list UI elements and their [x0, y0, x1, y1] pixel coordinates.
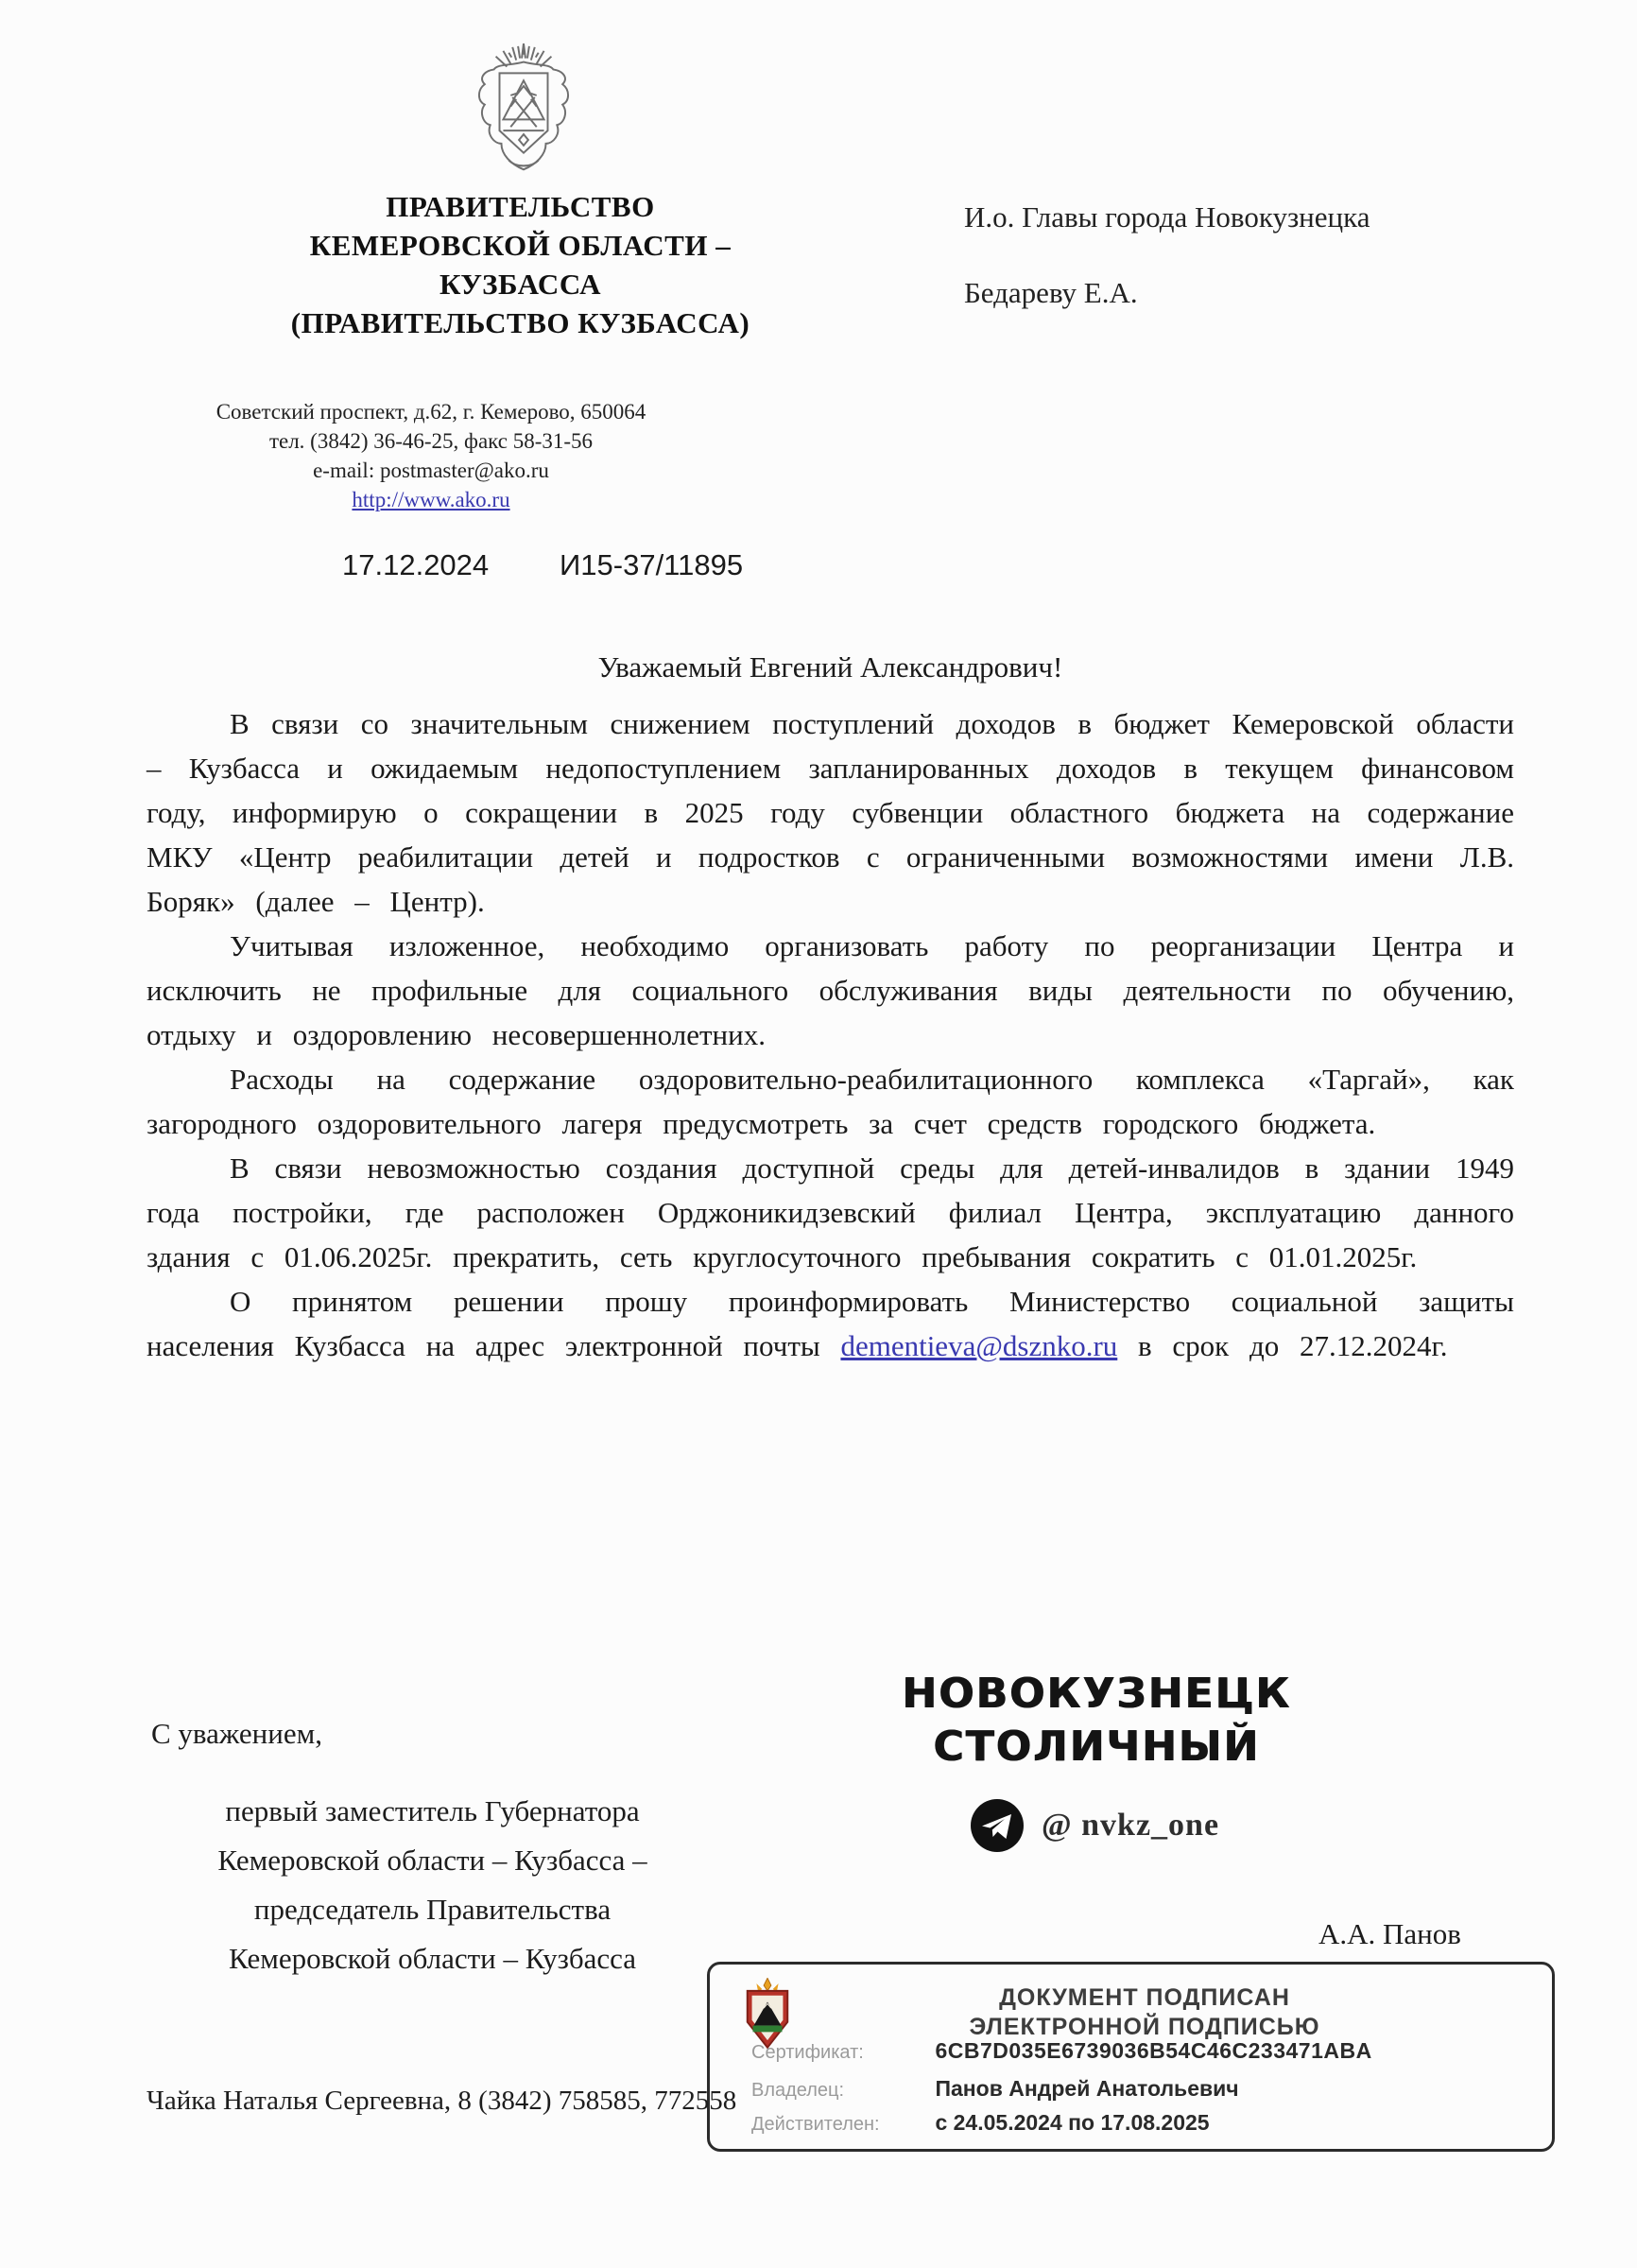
- stamp-validity-row: Действителен: с 24.05.2024 по 17.08.2025: [751, 2110, 1210, 2136]
- signer-title-line: Кемеровской области – Кузбасса: [156, 1934, 709, 1983]
- stamp-certificate-row: Сертификат: 6CB7D035E6739036B54C46C23347…: [751, 2038, 1372, 2064]
- paragraph-4: В связи невозможностью создания доступно…: [146, 1146, 1514, 1279]
- stamp-title: ДОКУМЕНТ ПОДПИСАН ЭЛЕКТРОННОЙ ПОДПИСЬЮ: [852, 1983, 1438, 2042]
- addressee-name: Бедареву Е.А.: [964, 276, 1370, 310]
- org-address-block: Советский проспект, д.62, г. Кемерово, 6…: [142, 397, 720, 514]
- org-name-line: ПРАВИТЕЛЬСТВО: [168, 187, 872, 226]
- org-name-line: (ПРАВИТЕЛЬСТВО КУЗБАССА): [168, 303, 872, 342]
- coat-of-arms-icon: [468, 42, 579, 185]
- closing-phrase: С уважением,: [151, 1717, 322, 1751]
- paragraph-3: Расходы на содержание оздоровительно-реа…: [146, 1057, 1514, 1146]
- signer-title-line: Кемеровской области – Кузбасса –: [156, 1836, 709, 1885]
- stamp-owner-label: Владелец:: [751, 2080, 931, 2102]
- telegram-icon: [970, 1798, 1025, 1853]
- salutation: Уважаемый Евгений Александрович!: [146, 650, 1514, 684]
- novokuznetsk-watermark: НОВОКУЗНЕЦК СТОЛИЧНЫЙ: [888, 1668, 1304, 1774]
- stamp-certificate-label: Сертификат:: [751, 2042, 931, 2064]
- watermark-line: НОВОКУЗНЕЦК: [888, 1668, 1304, 1721]
- telegram-handle: @ nvkz_one: [1042, 1808, 1219, 1844]
- stamp-certificate-value: 6CB7D035E6739036B54C46C233471ABA: [935, 2038, 1371, 2063]
- addressee-block: И.о. Главы города Новокузнецка Бедареву …: [964, 200, 1370, 352]
- letter-date: 17.12.2024: [342, 548, 489, 582]
- letter-body: В связи со значительным снижением поступ…: [146, 701, 1514, 1368]
- contact-email-link[interactable]: dementieva@dsznko.ru: [840, 1329, 1117, 1362]
- org-phone-line: тел. (3842) 36-46-25, факс 58-31-56: [142, 426, 720, 456]
- org-website-link[interactable]: http://www.ako.ru: [352, 488, 509, 511]
- executor-contact: Чайка Наталья Сергеевна, 8 (3842) 758585…: [146, 2086, 736, 2117]
- org-address-line: Советский проспект, д.62, г. Кемерово, 6…: [142, 397, 720, 426]
- stamp-title-line: ДОКУМЕНТ ПОДПИСАН: [852, 1983, 1438, 2013]
- org-name-line: КУЗБАССА: [168, 265, 872, 303]
- stamp-validity-value: с 24.05.2024 по 17.08.2025: [935, 2110, 1209, 2135]
- signer-title-line: первый заместитель Губернатора: [156, 1787, 709, 1836]
- org-name-block: ПРАВИТЕЛЬСТВО КЕМЕРОВСКОЙ ОБЛАСТИ – КУЗБ…: [168, 187, 872, 342]
- org-name-line: КЕМЕРОВСКОЙ ОБЛАСТИ –: [168, 226, 872, 265]
- letter-number: И15-37/11895: [560, 548, 743, 582]
- paragraph-5-tail: в срок до 27.12.2024г.: [1117, 1329, 1447, 1362]
- org-email-line: e-mail: postmaster@ako.ru: [142, 456, 720, 485]
- e-signature-stamp: ДОКУМЕНТ ПОДПИСАН ЭЛЕКТРОННОЙ ПОДПИСЬЮ С…: [707, 1962, 1555, 2152]
- stamp-owner-value: Панов Андрей Анатольевич: [935, 2076, 1238, 2101]
- signer-title-line: председатель Правительства: [156, 1885, 709, 1934]
- letter-page: ПРАВИТЕЛЬСТВО КЕМЕРОВСКОЙ ОБЛАСТИ – КУЗБ…: [0, 0, 1637, 2268]
- watermark-line: СТОЛИЧНЫЙ: [888, 1721, 1304, 1774]
- addressee-position: И.о. Главы города Новокузнецка: [964, 200, 1370, 234]
- signer-name: А.А. Панов: [1318, 1917, 1461, 1951]
- telegram-row: @ nvkz_one: [970, 1798, 1219, 1853]
- stamp-validity-label: Действителен:: [751, 2114, 931, 2136]
- paragraph-2: Учитывая изложенное, необходимо организо…: [146, 924, 1514, 1057]
- stamp-owner-row: Владелец: Панов Андрей Анатольевич: [751, 2076, 1239, 2102]
- paragraph-1: В связи со значительным снижением поступ…: [146, 701, 1514, 924]
- paragraph-5: О принятом решении прошу проинформироват…: [146, 1279, 1514, 1368]
- signer-title-block: первый заместитель Губернатора Кемеровск…: [156, 1787, 709, 1983]
